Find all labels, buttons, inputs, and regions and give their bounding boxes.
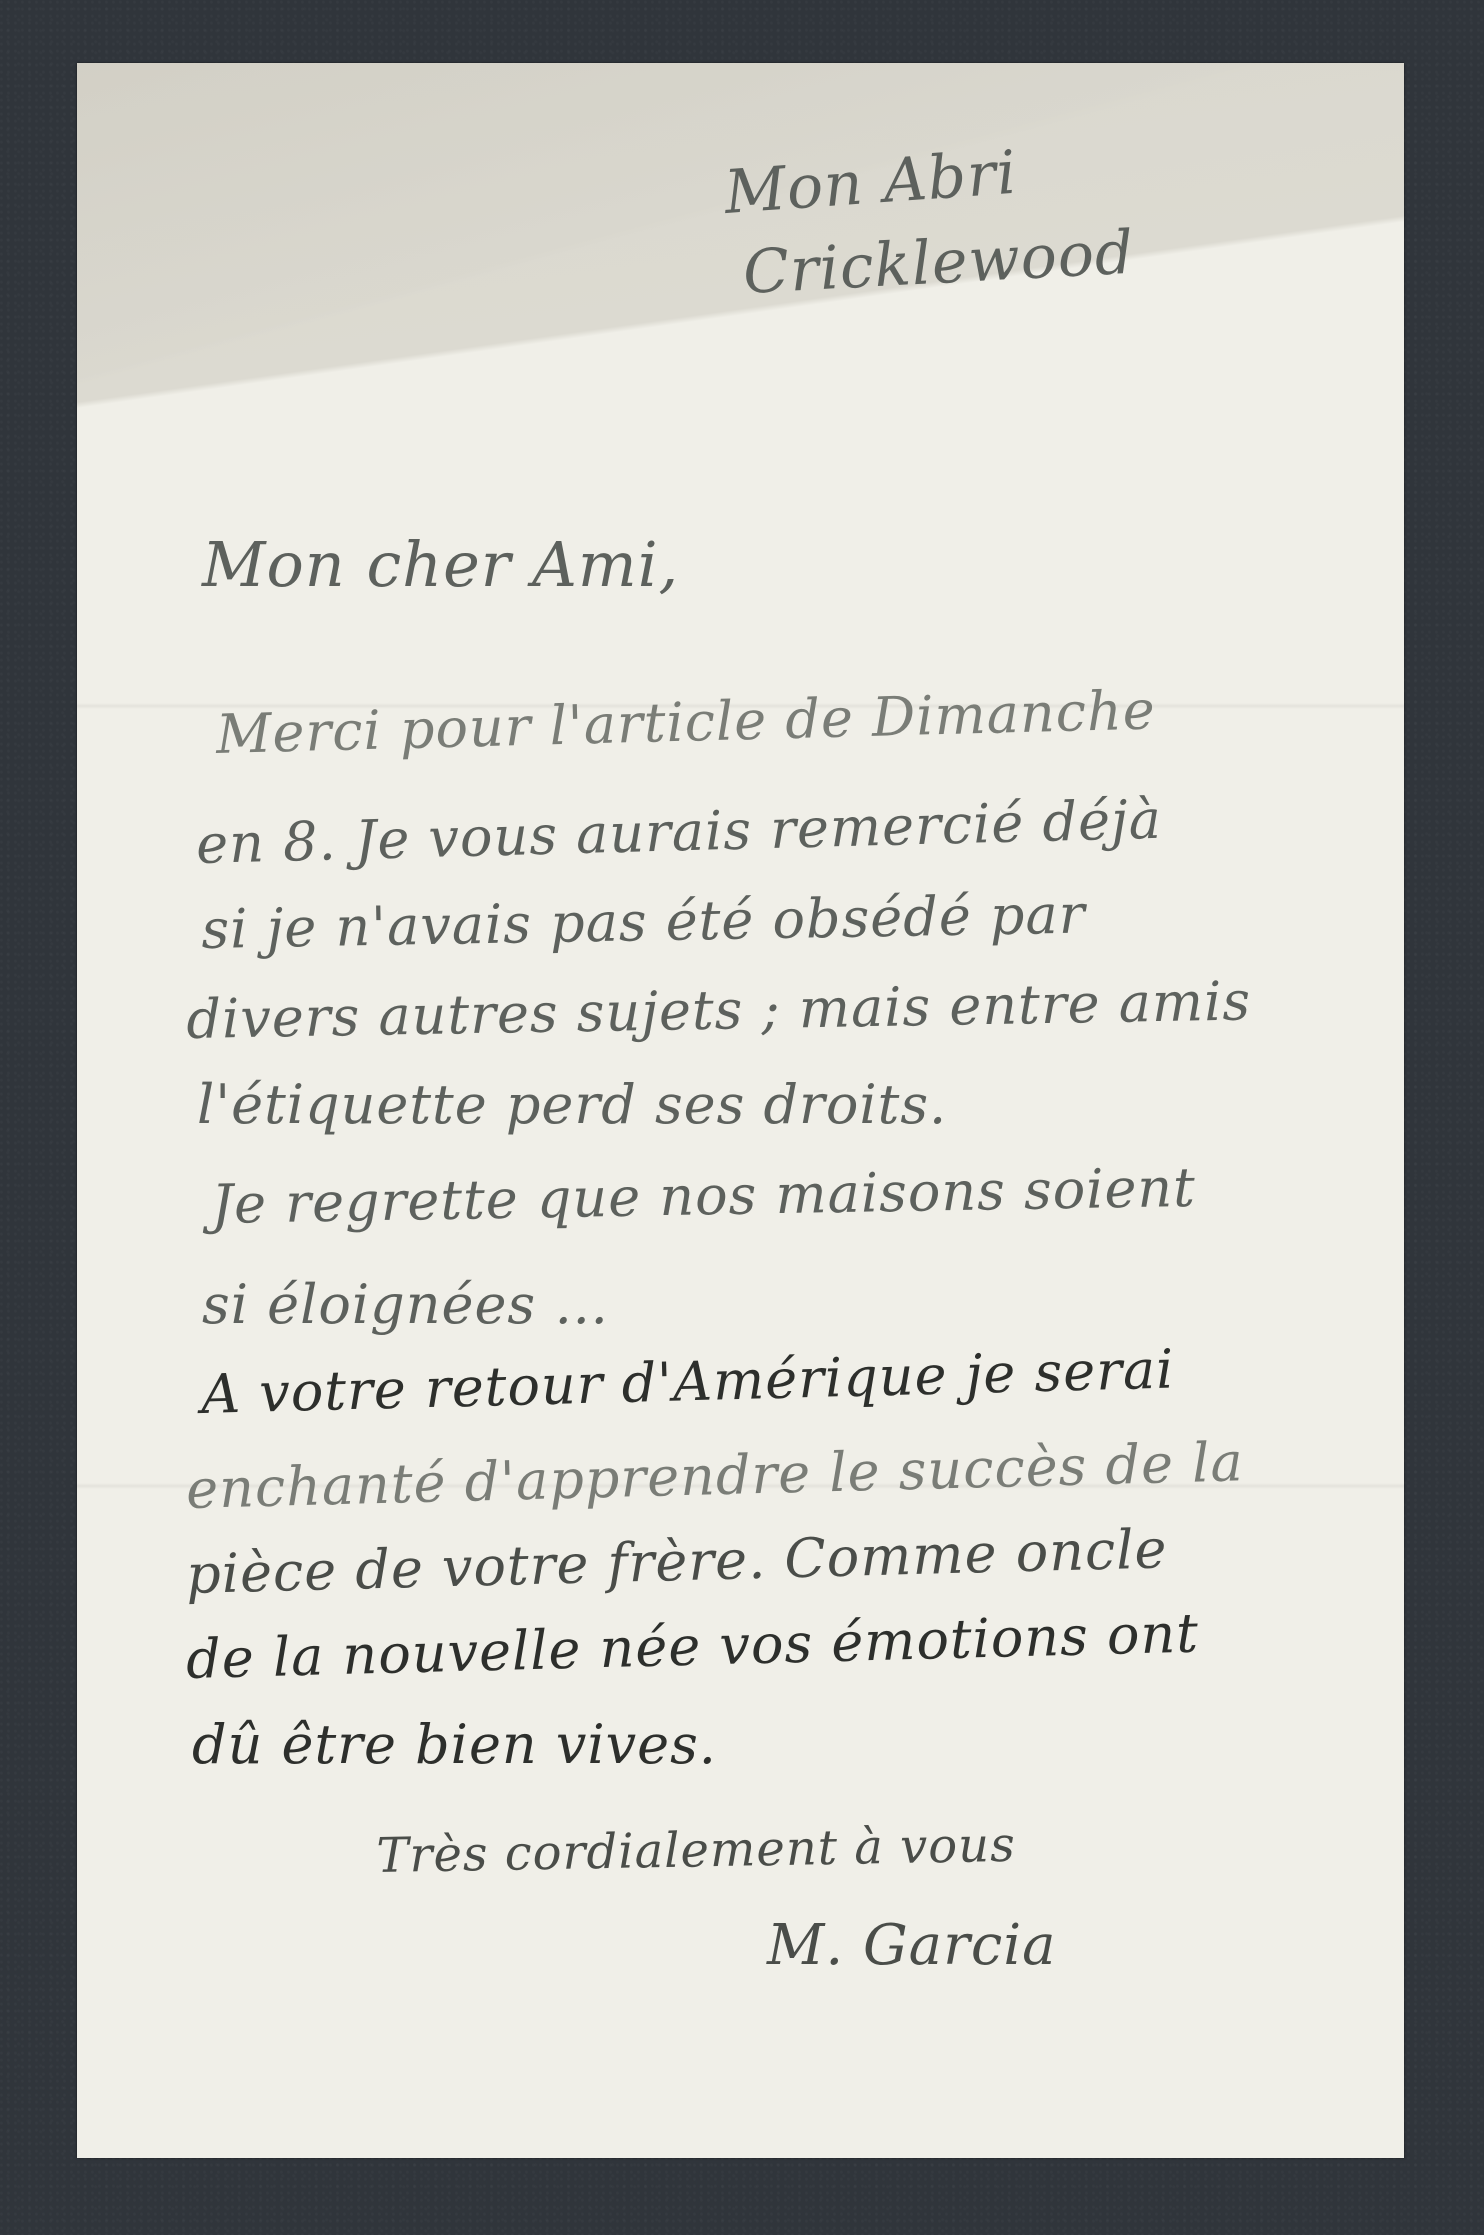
body-line: dû être bien vives.: [192, 1713, 717, 1776]
address-line-2: Cricklewood: [741, 218, 1136, 308]
body-line: en 8. Je vous aurais remercié déjà: [195, 788, 1162, 876]
letter-paper: Mon Abri Cricklewood Mon cher Ami, Merci…: [77, 63, 1404, 2158]
body-line: Merci pour l'article de Dimanche: [215, 678, 1156, 766]
closing: Très cordialement à vous: [376, 1817, 1016, 1884]
body-line: de la nouvelle née vos émotions ont: [185, 1602, 1199, 1691]
body-line: divers autres sujets ; mais entre amis: [186, 969, 1252, 1051]
body-line: A votre retour d'Amérique je serai: [200, 1338, 1175, 1426]
body-line: enchanté d'apprendre le succès de la: [185, 1430, 1244, 1521]
address-line-1: Mon Abri: [722, 138, 1019, 228]
signature: M. Garcia: [767, 1913, 1057, 1978]
body-line: l'étiquette perd ses droits.: [197, 1073, 947, 1136]
fold-shadow-overlay: [77, 63, 1404, 493]
body-line: pièce de votre frère. Comme oncle: [185, 1517, 1168, 1606]
fold-shadow: [77, 63, 1404, 493]
body-line: Je regrette que nos maisons soient: [211, 1156, 1196, 1236]
body-line: si je n'avais pas été obsédé par: [201, 883, 1086, 961]
greeting: Mon cher Ami,: [202, 528, 679, 601]
body-line: si éloignées …: [202, 1273, 609, 1336]
